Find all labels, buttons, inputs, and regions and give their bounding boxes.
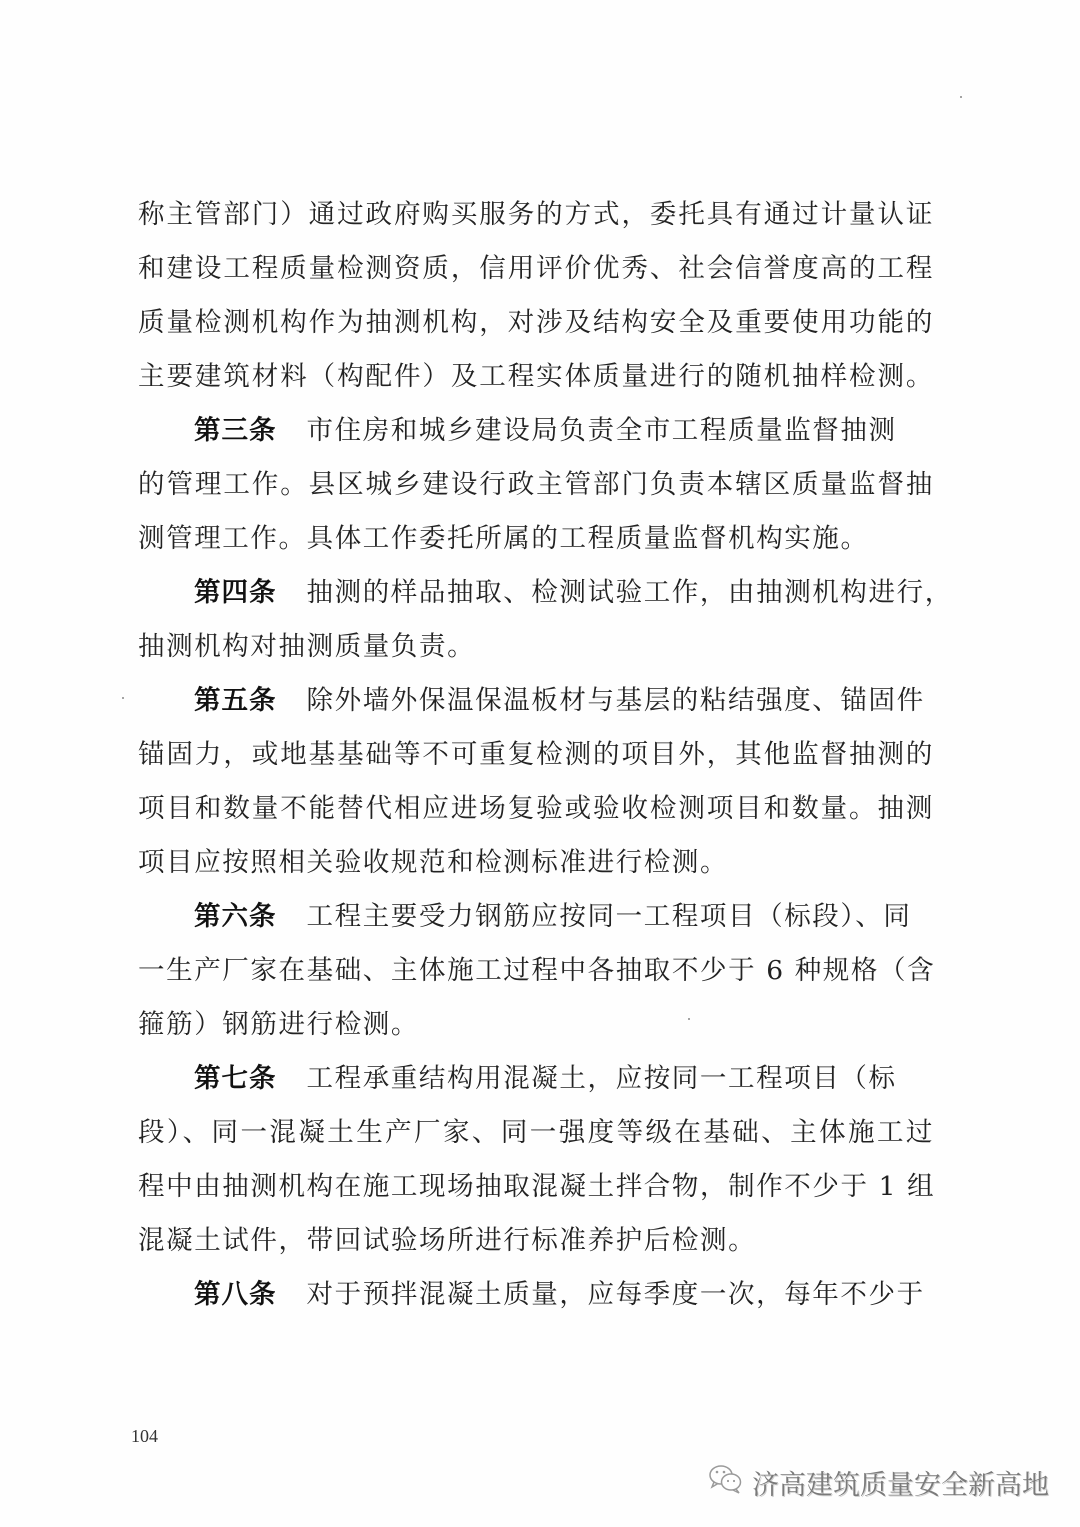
article-5-first-line: 第五条除外墙外保温保温板材与基层的粘结强度、锚固件: [194, 674, 925, 728]
text-line: 称主管部门）通过政府购买服务的方式，委托具有通过计量认证: [138, 188, 934, 242]
scan-speck: [122, 697, 124, 699]
document-page: 称主管部门）通过政府购买服务的方式，委托具有通过计量认证 和建设工程质量检测资质…: [0, 0, 1080, 1527]
article-7-text: 工程承重结构用混凝土，应按同一工程项目（标: [307, 1063, 897, 1094]
article-8-first-line: 第八条对于预拌混凝土质量，应每季度一次，每年不少于: [194, 1268, 925, 1322]
article-6-label: 第六条: [194, 901, 277, 932]
article-3-text: 市住房和城乡建设局负责全市工程质量监督抽测: [307, 415, 897, 446]
text-line: 箍筋）钢筋进行检测。: [138, 998, 419, 1052]
article-8-label: 第八条: [194, 1279, 277, 1310]
article-3-first-line: 第三条市住房和城乡建设局负责全市工程质量监督抽测: [194, 404, 897, 458]
text-line: 质量检测机构作为抽测机构，对涉及结构安全及重要使用功能的: [138, 296, 934, 350]
article-6-first-line: 第六条工程主要受力钢筋应按同一工程项目（标段）、同: [194, 890, 911, 944]
text-line: 抽测机构对抽测质量负责。: [138, 620, 475, 674]
article-5-label: 第五条: [194, 685, 277, 716]
watermark-text: 济高建筑质量安全新高地: [752, 1463, 1049, 1502]
text-line: 主要建筑材料（构配件）及工程实体质量进行的随机抽样检测。: [138, 350, 934, 404]
text-line: 和建设工程质量检测资质，信用评价优秀、社会信誉度高的工程: [138, 242, 934, 296]
article-4-label: 第四条: [194, 577, 277, 608]
article-4-text: 抽测的样品抽取、检测试验工作，由抽测机构进行，: [307, 577, 953, 608]
text-line: 一生产厂家在基础、主体施工过程中各抽取不少于 6 种规格（含: [138, 944, 934, 998]
article-8-text: 对于预拌混凝土质量，应每季度一次，每年不少于: [307, 1279, 925, 1310]
text-line: 的管理工作。县区城乡建设行政主管部门负责本辖区质量监督抽: [138, 458, 934, 512]
text-line: 混凝土试件，带回试验场所进行标准养护后检测。: [138, 1214, 756, 1268]
article-6-text: 工程主要受力钢筋应按同一工程项目（标段）、同: [307, 901, 912, 932]
article-5-text: 除外墙外保温保温板材与基层的粘结强度、锚固件: [307, 685, 925, 716]
text-line: 项目应按照相关验收规范和检测标准进行检测。: [138, 836, 728, 890]
article-4-first-line: 第四条抽测的样品抽取、检测试验工作，由抽测机构进行，: [194, 566, 953, 620]
article-7-first-line: 第七条工程承重结构用混凝土，应按同一工程项目（标: [194, 1052, 897, 1106]
text-line: 项目和数量不能替代相应进场复验或验收检测项目和数量。抽测: [138, 782, 934, 836]
text-line: 锚固力，或地基基础等不可重复检测的项目外，其他监督抽测的: [138, 728, 934, 782]
watermark: 济高建筑质量安全新高地: [708, 1463, 1049, 1502]
article-7-label: 第七条: [194, 1063, 277, 1094]
wechat-icon: [708, 1464, 752, 1501]
scan-speck: [688, 1018, 690, 1020]
scan-speck: [960, 96, 962, 98]
text-line: 测管理工作。具体工作委托所属的工程质量监督机构实施。: [138, 512, 869, 566]
text-line: 段）、同一混凝土生产厂家、同一强度等级在基础、主体施工过: [138, 1106, 934, 1160]
text-line: 程中由抽测机构在施工现场抽取混凝土拌合物，制作不少于 1 组: [138, 1160, 934, 1214]
page-number: 104: [131, 1426, 158, 1447]
article-3-label: 第三条: [194, 415, 277, 446]
